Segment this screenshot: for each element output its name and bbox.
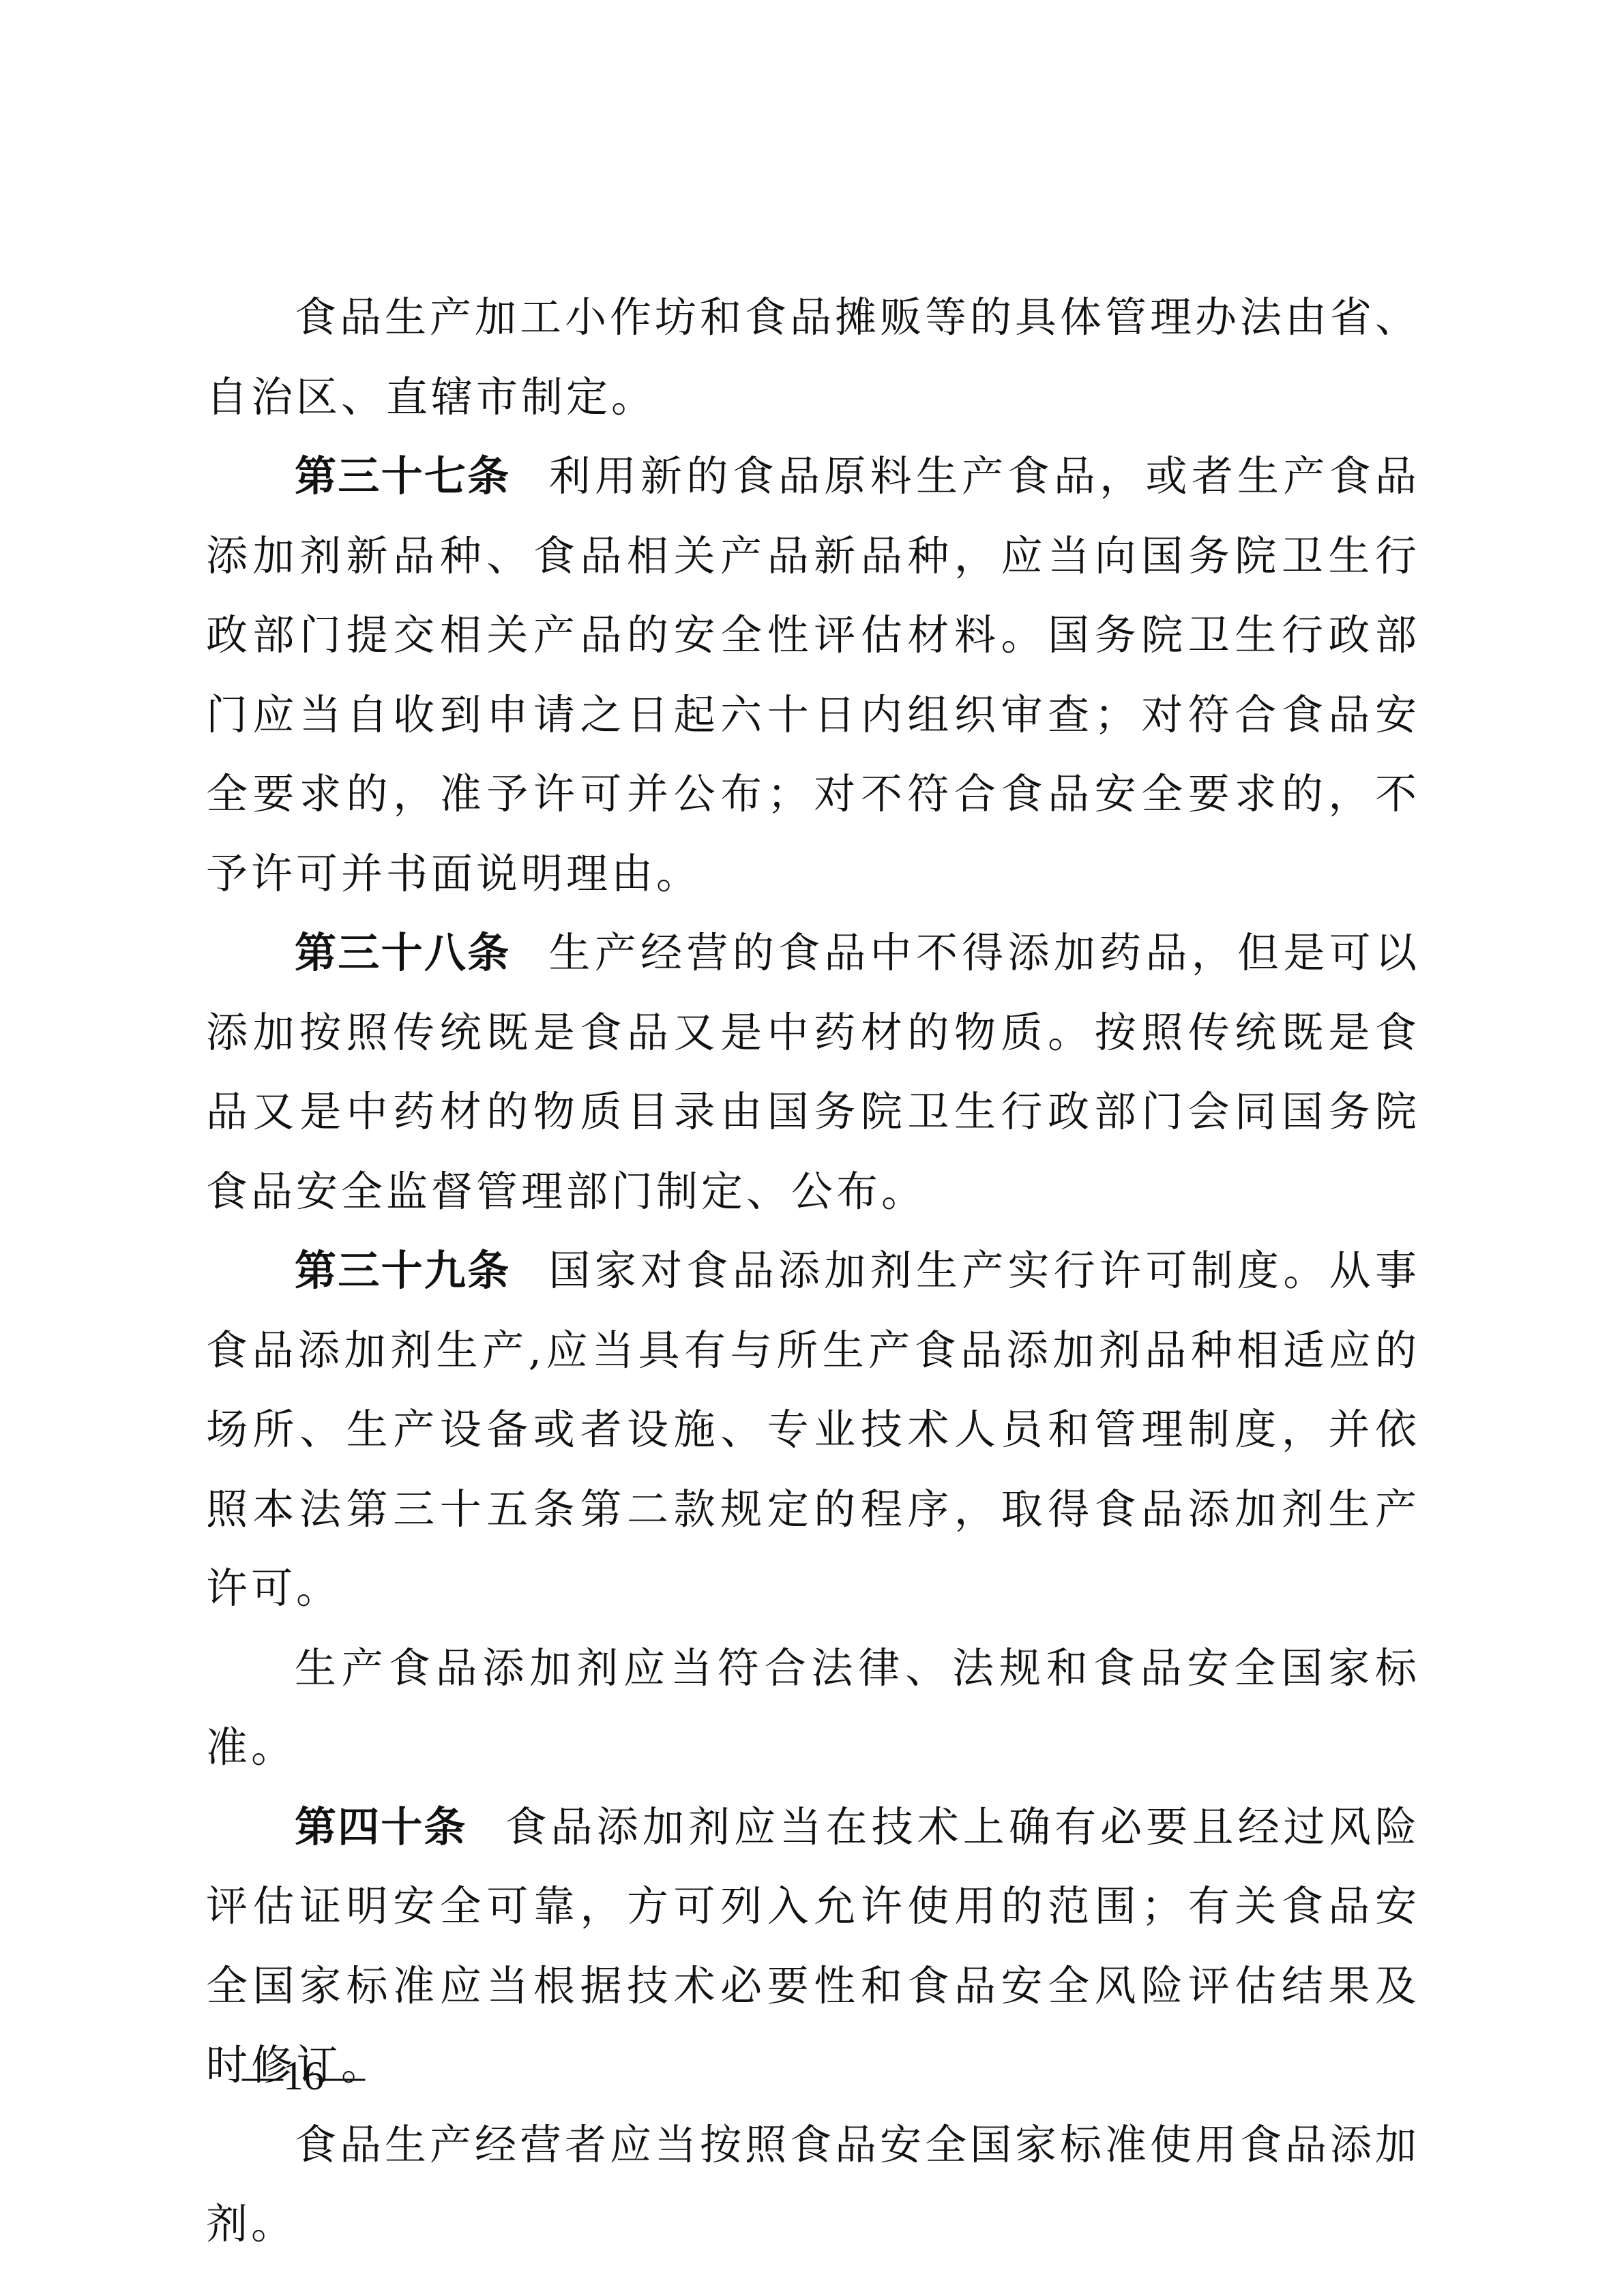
article-number: 第三十八条 xyxy=(295,929,511,977)
page-number: —16— xyxy=(242,2053,365,2100)
article-text: 利用新的食品原料生产食品，或者生产食品添加剂新品种、食品相关产品新品种，应当向国… xyxy=(206,452,1420,898)
paragraph-text: 生产食品添加剂应当符合法律、法规和食品安全国家标准。 xyxy=(206,1644,1420,1772)
article-38: 第三十八条生产经营的食品中不得添加药品，但是可以添加按照传统既是食品又是中药材的… xyxy=(206,914,1420,1232)
paragraph-text: 食品生产经营者应当按照食品安全国家标准使用食品添加剂。 xyxy=(206,2121,1420,2249)
article-number: 第三十七条 xyxy=(295,452,511,501)
article-number: 第三十九条 xyxy=(295,1247,511,1295)
document-page: 食品生产加工小作坊和食品摊贩等的具体管理办法由省、自治区、直辖市制定。 第三十七… xyxy=(0,0,1624,2296)
document-body: 食品生产加工小作坊和食品摊贩等的具体管理办法由省、自治区、直辖市制定。 第三十七… xyxy=(206,278,1420,2265)
paragraph-7: 食品生产经营者应当按照食品安全国家标准使用食品添加剂。 xyxy=(206,2106,1420,2265)
article-39: 第三十九条国家对食品添加剂生产实行许可制度。从事食品添加剂生产,应当具有与所生产… xyxy=(206,1232,1420,1629)
article-number: 第四十条 xyxy=(295,1803,467,1851)
article-text: 国家对食品添加剂生产实行许可制度。从事食品添加剂生产,应当具有与所生产食品添加剂… xyxy=(206,1247,1420,1613)
paragraph-1: 食品生产加工小作坊和食品摊贩等的具体管理办法由省、自治区、直辖市制定。 xyxy=(206,278,1420,437)
article-37: 第三十七条利用新的食品原料生产食品，或者生产食品添加剂新品种、食品相关产品新品种… xyxy=(206,437,1420,914)
paragraph-5: 生产食品添加剂应当符合法律、法规和食品安全国家标准。 xyxy=(206,1629,1420,1788)
article-40: 第四十条食品添加剂应当在技术上确有必要且经过风险评估证明安全可靠，方可列入允许使… xyxy=(206,1788,1420,2106)
paragraph-text: 食品生产加工小作坊和食品摊贩等的具体管理办法由省、自治区、直辖市制定。 xyxy=(206,293,1420,421)
